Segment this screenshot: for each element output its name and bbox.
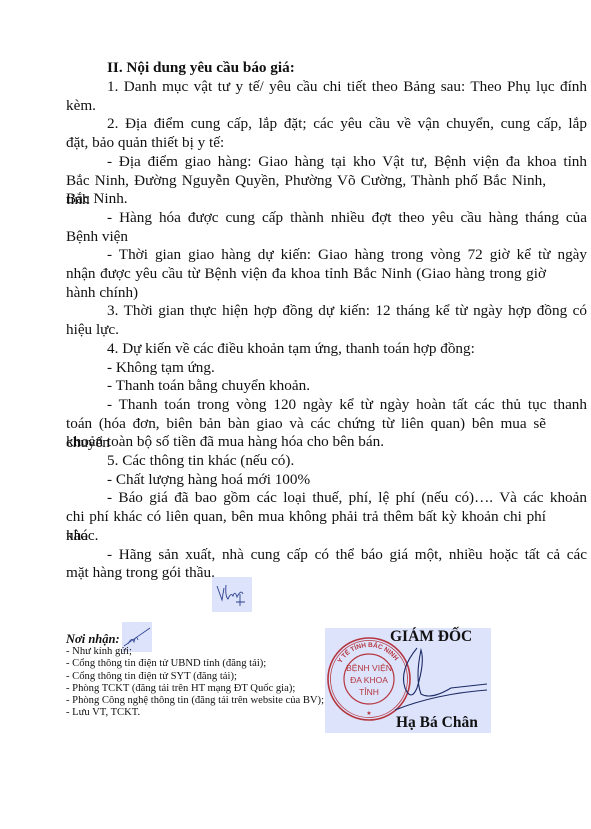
paragraph-line: - Hãng sản xuất, nhà cung cấp có thể báo… — [107, 545, 587, 564]
director-signature-icon — [395, 648, 495, 718]
paragraph-line: hiệu lực. — [66, 320, 119, 339]
recipient-item: - Như kính gửi; — [66, 646, 324, 658]
paragraph-line: - Hàng hóa được cung cấp thành nhiều đợt… — [107, 208, 587, 227]
paragraph-line: 1. Danh mục vật tư y tế/ yêu cầu chi tiế… — [107, 77, 587, 96]
paragraph-line: khoản toàn bộ số tiền đã mua hàng hóa ch… — [66, 432, 384, 451]
paragraph-line: 2. Địa điểm cung cấp, lắp đặt; các yêu c… — [107, 114, 587, 133]
recipients-block: Nơi nhận: - Như kính gửi;- Cổng thông ti… — [66, 632, 324, 720]
initials-signature-icon — [214, 580, 250, 610]
recipient-item: - Phòng TCKT (đăng tải trên HT mạng ĐT Q… — [66, 683, 324, 695]
section-title: II. Nội dung yêu cầu báo giá: — [107, 58, 295, 77]
paragraph-line: - Thanh toán trong vòng 120 ngày kể từ n… — [107, 395, 587, 414]
paragraph-line: 3. Thời gian thực hiện hợp đồng dự kiến:… — [107, 301, 587, 320]
paragraph-line: - Thời gian giao hàng dự kiến: Giao hàng… — [107, 245, 587, 264]
recipient-item: - Lưu VT, TCKT. — [66, 707, 324, 719]
paragraph-line: Bệnh viện — [66, 227, 128, 246]
paragraph-line: mặt hàng trong gói thầu. — [66, 563, 215, 582]
paragraph-line: 5. Các thông tin khác (nếu có). — [107, 451, 294, 470]
recipient-item: - Phòng Công nghệ thông tin (đăng tải tr… — [66, 695, 324, 707]
paragraph-line: - Địa điểm giao hàng: Giao hàng tại kho … — [107, 152, 587, 171]
paragraph-line: Bắc Ninh, Đường Nguyễn Quyền, Phường Võ … — [66, 171, 546, 209]
paragraph-line: 4. Dự kiến về các điều khoản tạm ứng, th… — [107, 339, 475, 358]
recipient-item: - Cổng thông tin điện tử UBND tỉnh (đăng… — [66, 658, 324, 670]
paragraph-line: nhận được yêu cầu từ Bệnh viện đa khoa t… — [66, 264, 546, 283]
svg-text:★: ★ — [366, 710, 371, 717]
svg-text:ĐA KHOA: ĐA KHOA — [350, 675, 388, 685]
paragraph-line: chi phí khác có liên quan, bên mua không… — [66, 507, 546, 545]
paragraph-line: đặt, bảo quản thiết bị y tế: — [66, 133, 224, 152]
document-page: II. Nội dung yêu cầu báo giá: 1. Danh mụ… — [0, 0, 591, 829]
paragraph-line: - Chất lượng hàng hoá mới 100% — [107, 470, 310, 489]
paragraph-line: khác. — [66, 526, 98, 545]
signer-name: Hạ Bá Chân — [396, 714, 478, 732]
recipients-heading: Nơi nhận: — [66, 632, 324, 646]
recipient-item: - Cổng thông tin điện tử SYT (đăng tải); — [66, 671, 324, 683]
svg-text:BỆNH VIỆN: BỆNH VIỆN — [346, 663, 392, 673]
paragraph-line: - Báo giá đã bao gồm các loại thuế, phí,… — [107, 488, 587, 507]
paragraph-line: kèm. — [66, 96, 96, 115]
paragraph-line: hành chính) — [66, 283, 138, 302]
paragraph-line: Bắc Ninh. — [66, 189, 128, 208]
paragraph-line: - Không tạm ứng. — [107, 358, 215, 377]
paragraph-line: - Thanh toán bằng chuyển khoản. — [107, 376, 310, 395]
svg-text:TỈNH: TỈNH — [359, 686, 379, 697]
